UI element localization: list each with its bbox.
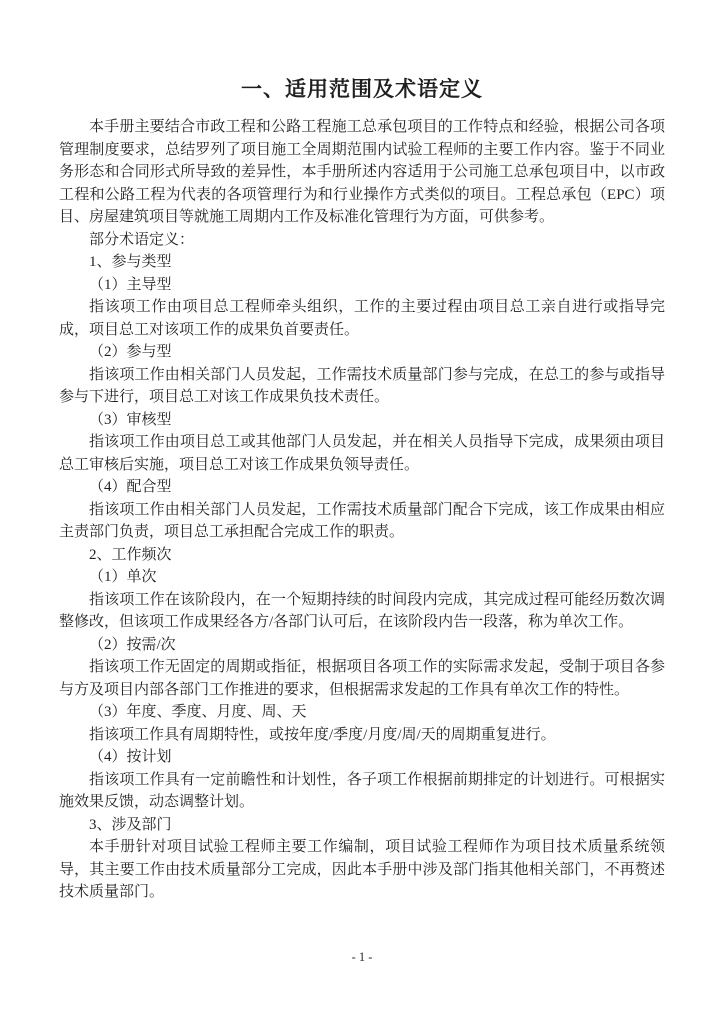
paragraph-term-1-2-heading: （2）参与型: [59, 341, 665, 364]
document-content: 一、适用范围及术语定义 本手册主要结合市政工程和公路工程施工总承包项目的工作特点…: [59, 74, 665, 904]
paragraph-term-1-1-body: 指该项工作由项目总工程师牵头组织，工作的主要过程由项目总工亲自进行或指导完成，项…: [59, 296, 665, 341]
paragraph-section-2-heading: 2、工作频次: [59, 544, 665, 567]
paragraph-term-2-1-body: 指该项工作在该阶段内，在一个短期持续的时间段内完成，其完成过程可能经历数次调整修…: [59, 589, 665, 634]
paragraph-term-2-2-heading: （2）按需/次: [59, 634, 665, 657]
paragraph-term-2-1-heading: （1）单次: [59, 566, 665, 589]
page-number: - 1 -: [0, 950, 724, 965]
paragraph-intro: 本手册主要结合市政工程和公路工程施工总承包项目的工作特点和经验，根据公司各项管理…: [59, 116, 665, 229]
paragraph-terms-heading: 部分术语定义：: [59, 229, 665, 252]
paragraph-term-1-3-heading: （3）审核型: [59, 409, 665, 432]
paragraph-term-1-4-heading: （4）配合型: [59, 476, 665, 499]
paragraph-term-2-3-heading: （3）年度、季度、月度、周、天: [59, 701, 665, 724]
paragraph-term-2-4-heading: （4）按计划: [59, 746, 665, 769]
paragraph-section-1-heading: 1、参与类型: [59, 251, 665, 274]
paragraph-term-1-4-body: 指该项工作由相关部门人员发起，工作需技术质量部门配合下完成，该工作成果由相应主责…: [59, 499, 665, 544]
paragraph-section-3-heading: 3、涉及部门: [59, 814, 665, 837]
paragraph-term-1-1-heading: （1）主导型: [59, 274, 665, 297]
paragraph-term-2-2-body: 指该项工作无固定的周期或指征，根据项目各项工作的实际需求发起，受制于项目各参与方…: [59, 656, 665, 701]
paragraph-term-2-4-body: 指该项工作具有一定前瞻性和计划性，各子项工作根据前期排定的计划进行。可根据实施效…: [59, 769, 665, 814]
paragraph-term-1-3-body: 指该项工作由项目总工或其他部门人员发起，并在相关人员指导下完成，成果须由项目总工…: [59, 431, 665, 476]
document-page: 一、适用范围及术语定义 本手册主要结合市政工程和公路工程施工总承包项目的工作特点…: [0, 0, 724, 1024]
page-title: 一、适用范围及术语定义: [59, 74, 665, 104]
paragraph-term-2-3-body: 指该项工作具有周期特性，或按年度/季度/月度/周/天的周期重复进行。: [59, 724, 665, 747]
paragraph-section-3-body: 本手册针对项目试验工程师主要工作编制，项目试验工程师作为项目技术质量系统领导，其…: [59, 836, 665, 904]
paragraph-term-1-2-body: 指该项工作由相关部门人员发起，工作需技术质量部门参与完成，在总工的参与或指导参与…: [59, 364, 665, 409]
